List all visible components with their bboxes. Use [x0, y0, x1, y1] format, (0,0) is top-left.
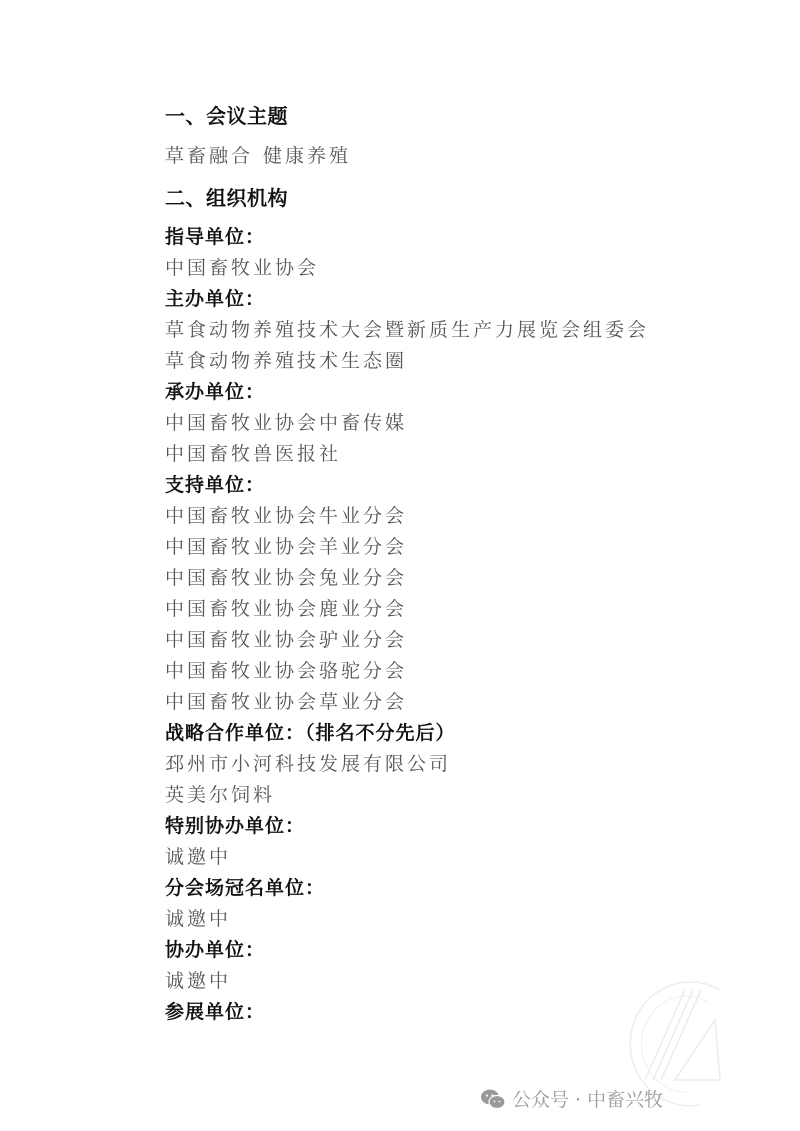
org-item: 中国畜牧业协会驴业分会 — [165, 625, 725, 656]
org-group-support: 支持单位： 中国畜牧业协会牛业分会 中国畜牧业协会羊业分会 中国畜牧业协会兔业分… — [165, 470, 725, 718]
group-label: 协办单位： — [165, 935, 725, 966]
org-item: 中国畜牧业协会鹿业分会 — [165, 594, 725, 625]
org-item: 中国畜牧业协会 — [165, 253, 725, 284]
org-item: 中国畜牧业协会草业分会 — [165, 687, 725, 718]
section-title-organization: 二、组织机构 — [165, 178, 725, 218]
org-item: 草食动物养殖技术大会暨新质生产力展览会组委会 — [165, 315, 725, 346]
org-item: 中国畜牧业协会羊业分会 — [165, 532, 725, 563]
org-group-strategic: 战略合作单位：（排名不分先后） 邳州市小河科技发展有限公司 英美尔饲料 — [165, 718, 725, 811]
org-group-venue-sponsor: 分会场冠名单位： 诚邀中 — [165, 873, 725, 935]
wechat-icon — [480, 1088, 506, 1110]
conference-theme: 草畜融合健康养殖 — [165, 136, 725, 178]
org-item: 中国畜牧业协会中畜传媒 — [165, 408, 725, 439]
group-label: 指导单位： — [165, 222, 725, 253]
group-label: 主办单位： — [165, 284, 725, 315]
org-item: 诚邀中 — [165, 842, 725, 873]
org-item: 中国畜牧业协会牛业分会 — [165, 501, 725, 532]
org-item: 邳州市小河科技发展有限公司 — [165, 749, 725, 780]
org-item: 中国畜牧兽医报社 — [165, 439, 725, 470]
group-label: 支持单位： — [165, 470, 725, 501]
document-page: 一、会议主题 草畜融合健康养殖 二、组织机构 指导单位： 中国畜牧业协会 主办单… — [165, 96, 725, 1028]
org-group-host: 主办单位： 草食动物养殖技术大会暨新质生产力展览会组委会 草食动物养殖技术生态圈 — [165, 284, 725, 377]
wechat-account-watermark: 公众号 · 中畜兴牧 — [480, 1085, 663, 1112]
org-group-special-co-organizer: 特别协办单位： 诚邀中 — [165, 811, 725, 873]
wechat-account-name: 公众号 · 中畜兴牧 — [512, 1085, 663, 1112]
theme-part-1: 草畜融合 — [165, 145, 253, 167]
org-item: 草食动物养殖技术生态圈 — [165, 346, 725, 377]
section-title-theme: 一、会议主题 — [165, 96, 725, 136]
group-label: 承办单位： — [165, 377, 725, 408]
org-item: 中国畜牧业协会骆驼分会 — [165, 656, 725, 687]
org-group-organizer: 承办单位： 中国畜牧业协会中畜传媒 中国畜牧兽医报社 — [165, 377, 725, 470]
org-group-guiding: 指导单位： 中国畜牧业协会 — [165, 222, 725, 284]
group-label: 特别协办单位： — [165, 811, 725, 842]
theme-part-2: 健康养殖 — [263, 145, 351, 167]
org-item: 中国畜牧业协会兔业分会 — [165, 563, 725, 594]
group-label: 战略合作单位：（排名不分先后） — [165, 718, 725, 749]
org-item: 诚邀中 — [165, 904, 725, 935]
group-label: 分会场冠名单位： — [165, 873, 725, 904]
org-item: 英美尔饲料 — [165, 780, 725, 811]
